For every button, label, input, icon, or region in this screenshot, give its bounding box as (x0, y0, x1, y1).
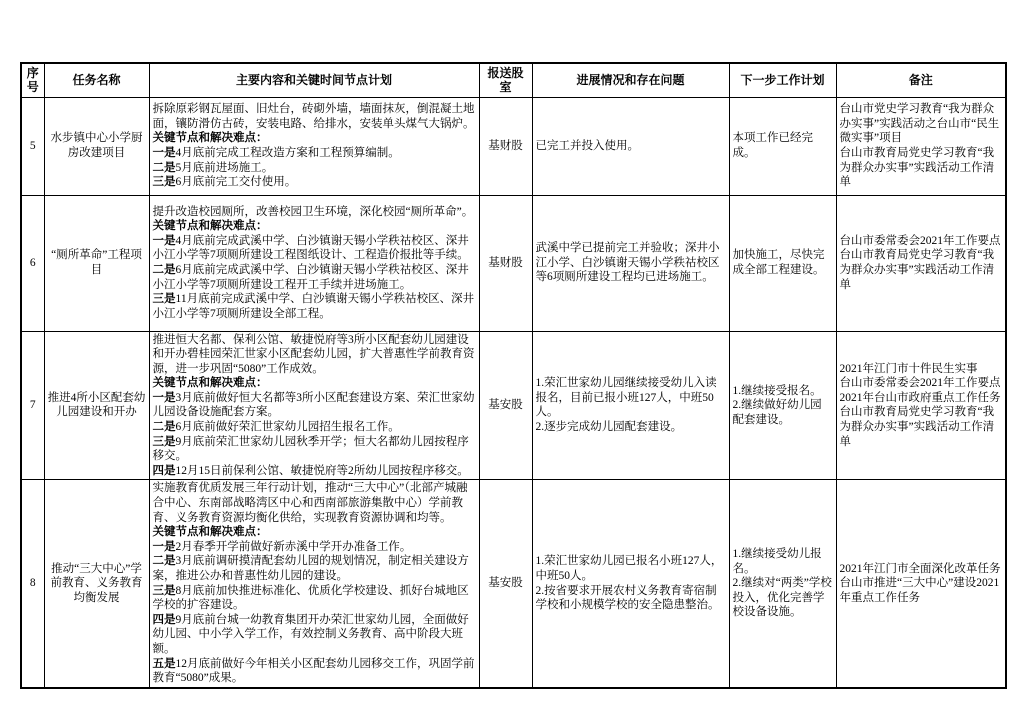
header-serial: 序号 (21, 63, 44, 97)
key-point: 二是6月底前完成武溪中学、白沙镇谢天锡小学秩祜校区、深井小江小学等7项厕所建设工… (153, 263, 476, 292)
content-cell: 拆除原彩钢瓦屋面、旧灶台，砖砌外墙，墙面抹灰，倒混凝土地面，镶防滑仿古砖，安装电… (149, 97, 479, 195)
progress-line: 2.按省要求开展农村义务教育寄宿制学校和小规模学校的安全隐患整治。 (536, 584, 726, 613)
content-cell: 实施教育优质发展三年行动计划，推动“三大中心”（北部产城融合中心、东南部战略湾区… (149, 480, 479, 688)
next-step-line: 2.继续对“两类”学校投入，优化完善学校设备设施。 (733, 576, 833, 620)
progress-line: 1.荣汇世家幼儿园已报名小班127人，中班50人。 (536, 554, 726, 583)
progress-cell: 武溪中学已提前完工并验收；深井小江小学、白沙镇谢天锡小学秩祜校区等6项厕所建设工… (532, 195, 729, 331)
key-point: 二是6月底前做好荣汇世家幼儿园招生报名工作。 (153, 420, 476, 435)
key-point: 一是4月底前完成武溪中学、白沙镇谢天锡小学秩祜校区、深井小江小学等7项厕所建设工… (153, 234, 476, 263)
remark-line: 2021年台山市政府重点工作任务 (840, 391, 1003, 406)
key-point: 三是8月底前加快推进标准化、优质化学校建设、抓好台城地区学校的扩容建设。 (153, 584, 476, 613)
table-row: 8 推动“三大中心”学前教育、义务教育均衡发展 实施教育优质发展三年行动计划，推… (21, 480, 1006, 688)
content-intro: 拆除原彩钢瓦屋面、旧灶台，砖砌外墙，墙面抹灰，倒混凝土地面，镶防滑仿古砖，安装电… (153, 102, 476, 131)
key-point: 四是12月15日前保利公馆、敏捷悦府等2所幼儿园按程序移交。 (153, 464, 476, 479)
progress-line: 武溪中学已提前完工并验收；深井小江小学、白沙镇谢天锡小学秩祜校区等6项厕所建设工… (536, 241, 726, 285)
header-content-plan: 主要内容和关键时间节点计划 (149, 63, 479, 97)
progress-line: 已完工并投入使用。 (536, 139, 726, 154)
header-task-name: 任务名称 (44, 63, 149, 97)
content-intro: 实施教育优质发展三年行动计划，推动“三大中心”（北部产城融合中心、东南部战略湾区… (153, 481, 476, 525)
remark-line: 2021年江门市十件民生实事 (840, 362, 1003, 377)
document-page: 序号 任务名称 主要内容和关键时间节点计划 报送股室 进展情况和存在问题 下一步… (0, 0, 1024, 724)
dept-cell: 基财股 (479, 97, 532, 195)
key-points-label: 关键节点和解决难点： (153, 131, 476, 146)
progress-cell: 已完工并投入使用。 (532, 97, 729, 195)
task-name-cell: 推动“三大中心”学前教育、义务教育均衡发展 (44, 480, 149, 688)
remark-line: 台山市教育局党史学习教育“我为群众办实事”实践活动工作清单 (840, 146, 1003, 190)
key-points-label: 关键节点和解决难点： (153, 376, 476, 391)
task-name-cell: 水步镇中心小学厨房改建项目 (44, 97, 149, 195)
key-point: 一是4月底前完成工程改造方案和工程预算编制。 (153, 146, 476, 161)
task-name-cell: 推进4所小区配套幼儿园建设和开办 (44, 331, 149, 480)
header-dept: 报送股室 (479, 63, 532, 97)
key-point: 三是6月底前完工交付使用。 (153, 175, 476, 190)
progress-line: 2.逐步完成幼儿园配套建设。 (536, 420, 726, 435)
task-name-cell: “厕所革命”工程项目 (44, 195, 149, 331)
remark-line: 台山市教育局党史学习教育“我为群众办实事”实践活动工作清单 (840, 248, 1003, 292)
remark-line: 台山市党史学习教育“我为群众办实事”实践活动之台山市“民生微实事”项目 (840, 102, 1003, 146)
dept-cell: 基财股 (479, 195, 532, 331)
next-steps-cell: 加快施工，尽快完成全部工程建设。 (729, 195, 836, 331)
key-points-label: 关键节点和解决难点： (153, 525, 476, 540)
content-cell: 推进恒大名都、保利公馆、敏捷悦府等3所小区配套幼儿园建设和开办碧桂园荣汇世家小区… (149, 331, 479, 480)
content-intro: 推进恒大名都、保利公馆、敏捷悦府等3所小区配套幼儿园建设和开办碧桂园荣汇世家小区… (153, 333, 476, 377)
task-progress-table: 序号 任务名称 主要内容和关键时间节点计划 报送股室 进展情况和存在问题 下一步… (20, 62, 1007, 689)
table-row: 7 推进4所小区配套幼儿园建设和开办 推进恒大名都、保利公馆、敏捷悦府等3所小区… (21, 331, 1006, 480)
key-point: 五是12月底前做好今年相关小区配套幼儿园移交工作，巩固学前教育“5080”成果。 (153, 657, 476, 686)
remarks-cell: 台山市党史学习教育“我为群众办实事”实践活动之台山市“民生微实事”项目 台山市教… (836, 97, 1006, 195)
remark-line: 台山市教育局党史学习教育“我为群众办实事”实践活动工作清单 (840, 405, 1003, 449)
header-row: 序号 任务名称 主要内容和关键时间节点计划 报送股室 进展情况和存在问题 下一步… (21, 63, 1006, 97)
key-point: 二是3月底前调研摸清配套幼儿园的规划情况，制定相关建设方案，推进公办和普惠性幼儿… (153, 554, 476, 583)
next-step-line: 1.继续接受报名。 (733, 384, 833, 399)
key-point: 二是5月底前进场施工。 (153, 161, 476, 176)
next-step-line: 加快施工，尽快完成全部工程建设。 (733, 248, 833, 277)
next-steps-cell: 1.继续接受报名。 2.继续做好幼儿园配套建设。 (729, 331, 836, 480)
remarks-cell: 2021年江门市全面深化改革任务 台山市推进“三大中心”建设2021年重点工作任… (836, 480, 1006, 688)
remarks-cell: 2021年江门市十件民生实事 台山市委常委会2021年工作要点 2021年台山市… (836, 331, 1006, 480)
content-intro: 提升改造校园厕所，改善校园卫生环境，深化校园“厕所革命”。 (153, 205, 476, 220)
remark-line: 台山市推进“三大中心”建设2021年重点工作任务 (840, 576, 1003, 605)
key-point: 四是9月底前台城一幼教育集团开办荣汇世家幼儿园，全面做好幼儿园、中小学入学工作，… (153, 613, 476, 657)
dept-cell: 基安股 (479, 331, 532, 480)
progress-cell: 1.荣汇世家幼儿园已报名小班127人，中班50人。 2.按省要求开展农村义务教育… (532, 480, 729, 688)
key-point: 三是9月底前荣汇世家幼儿园秋季开学；恒大名都幼儿园按程序移交。 (153, 435, 476, 464)
remark-line: 2021年江门市全面深化改革任务 (840, 562, 1003, 577)
serial-cell: 7 (21, 331, 44, 480)
table-row: 5 水步镇中心小学厨房改建项目 拆除原彩钢瓦屋面、旧灶台，砖砌外墙，墙面抹灰，倒… (21, 97, 1006, 195)
header-remarks: 备注 (836, 63, 1006, 97)
next-step-line: 2.继续做好幼儿园配套建设。 (733, 398, 833, 427)
content-cell: 提升改造校园厕所，改善校园卫生环境，深化校园“厕所革命”。 关键节点和解决难点：… (149, 195, 479, 331)
key-point: 一是3月底前做好恒大名都等3所小区配套建设方案、荣汇世家幼儿园设备设施配套方案。 (153, 391, 476, 420)
next-step-line: 本项工作已经完成。 (733, 131, 833, 160)
serial-cell: 6 (21, 195, 44, 331)
next-steps-cell: 本项工作已经完成。 (729, 97, 836, 195)
key-points-label: 关键节点和解决难点： (153, 219, 476, 234)
remark-line: 台山市委常委会2021年工作要点 (840, 376, 1003, 391)
serial-cell: 5 (21, 97, 44, 195)
dept-cell: 基安股 (479, 480, 532, 688)
remarks-cell: 台山市委常委会2021年工作要点 台山市教育局党史学习教育“我为群众办实事”实践… (836, 195, 1006, 331)
serial-cell: 8 (21, 480, 44, 688)
key-point: 三是11月底前完成武溪中学、白沙镇谢天锡小学秩祜校区、深井小江小学等7项厕所建设… (153, 292, 476, 321)
header-progress: 进展情况和存在问题 (532, 63, 729, 97)
table-row: 6 “厕所革命”工程项目 提升改造校园厕所，改善校园卫生环境，深化校园“厕所革命… (21, 195, 1006, 331)
remark-line: 台山市委常委会2021年工作要点 (840, 234, 1003, 249)
progress-line: 1.荣汇世家幼儿园继续接受幼儿入读报名，目前已报小班127人，中班50人。 (536, 376, 726, 420)
next-steps-cell: 1.继续接受幼儿报名。 2.继续对“两类”学校投入，优化完善学校设备设施。 (729, 480, 836, 688)
key-point: 一是2月春季开学前做好新赤溪中学开办准备工作。 (153, 540, 476, 555)
next-step-line: 1.继续接受幼儿报名。 (733, 547, 833, 576)
header-next-steps: 下一步工作计划 (729, 63, 836, 97)
progress-cell: 1.荣汇世家幼儿园继续接受幼儿入读报名，目前已报小班127人，中班50人。 2.… (532, 331, 729, 480)
